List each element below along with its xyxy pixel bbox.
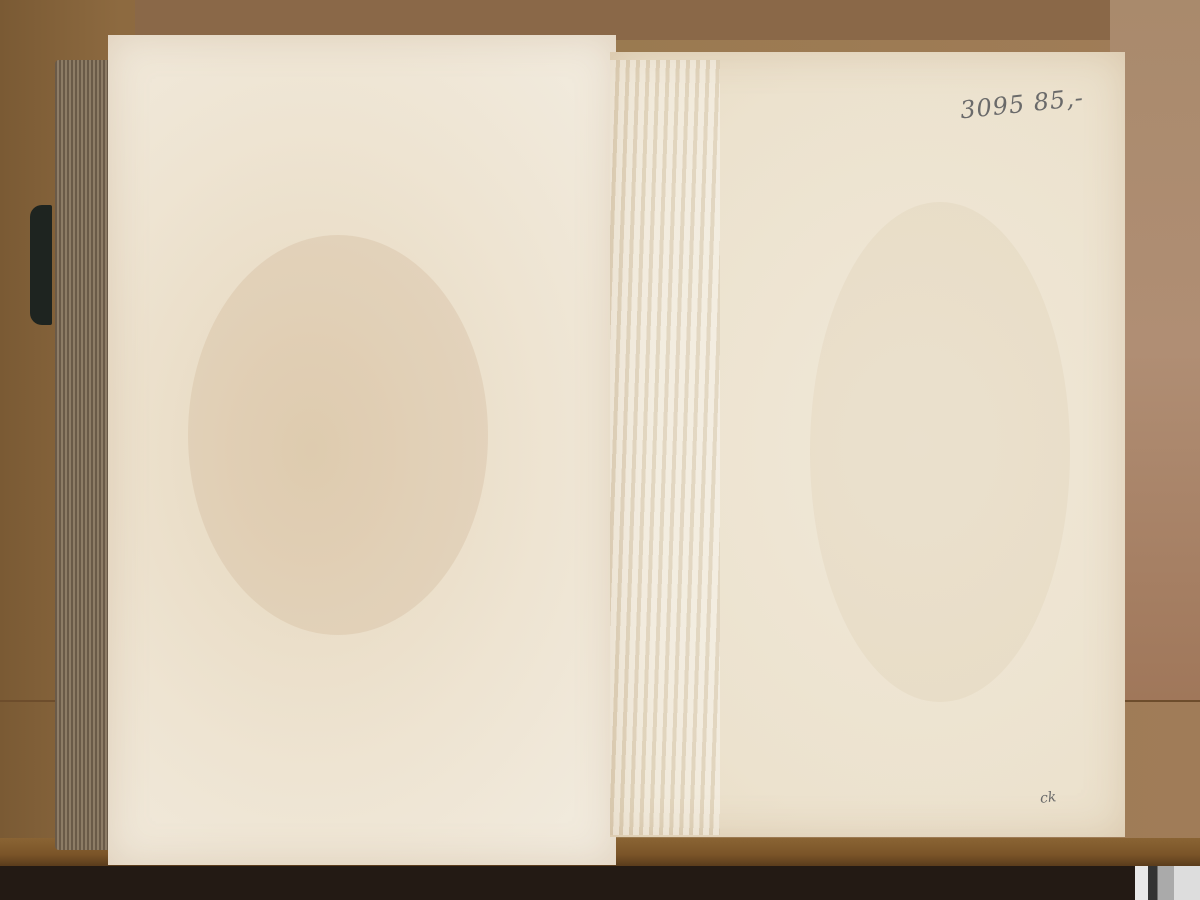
book-clasp-icon <box>30 205 52 325</box>
floor <box>0 866 1200 900</box>
photo-scene: 3095 85,- ck <box>0 0 1200 900</box>
left-endpaper <box>108 35 616 865</box>
spine-crease <box>610 60 720 835</box>
book-page-edges <box>55 60 115 850</box>
handwritten-initials: ck <box>1039 789 1057 807</box>
stain <box>810 202 1070 702</box>
table-panel-top <box>135 0 1200 40</box>
floor-light-object <box>1135 866 1200 900</box>
stain <box>188 235 488 635</box>
